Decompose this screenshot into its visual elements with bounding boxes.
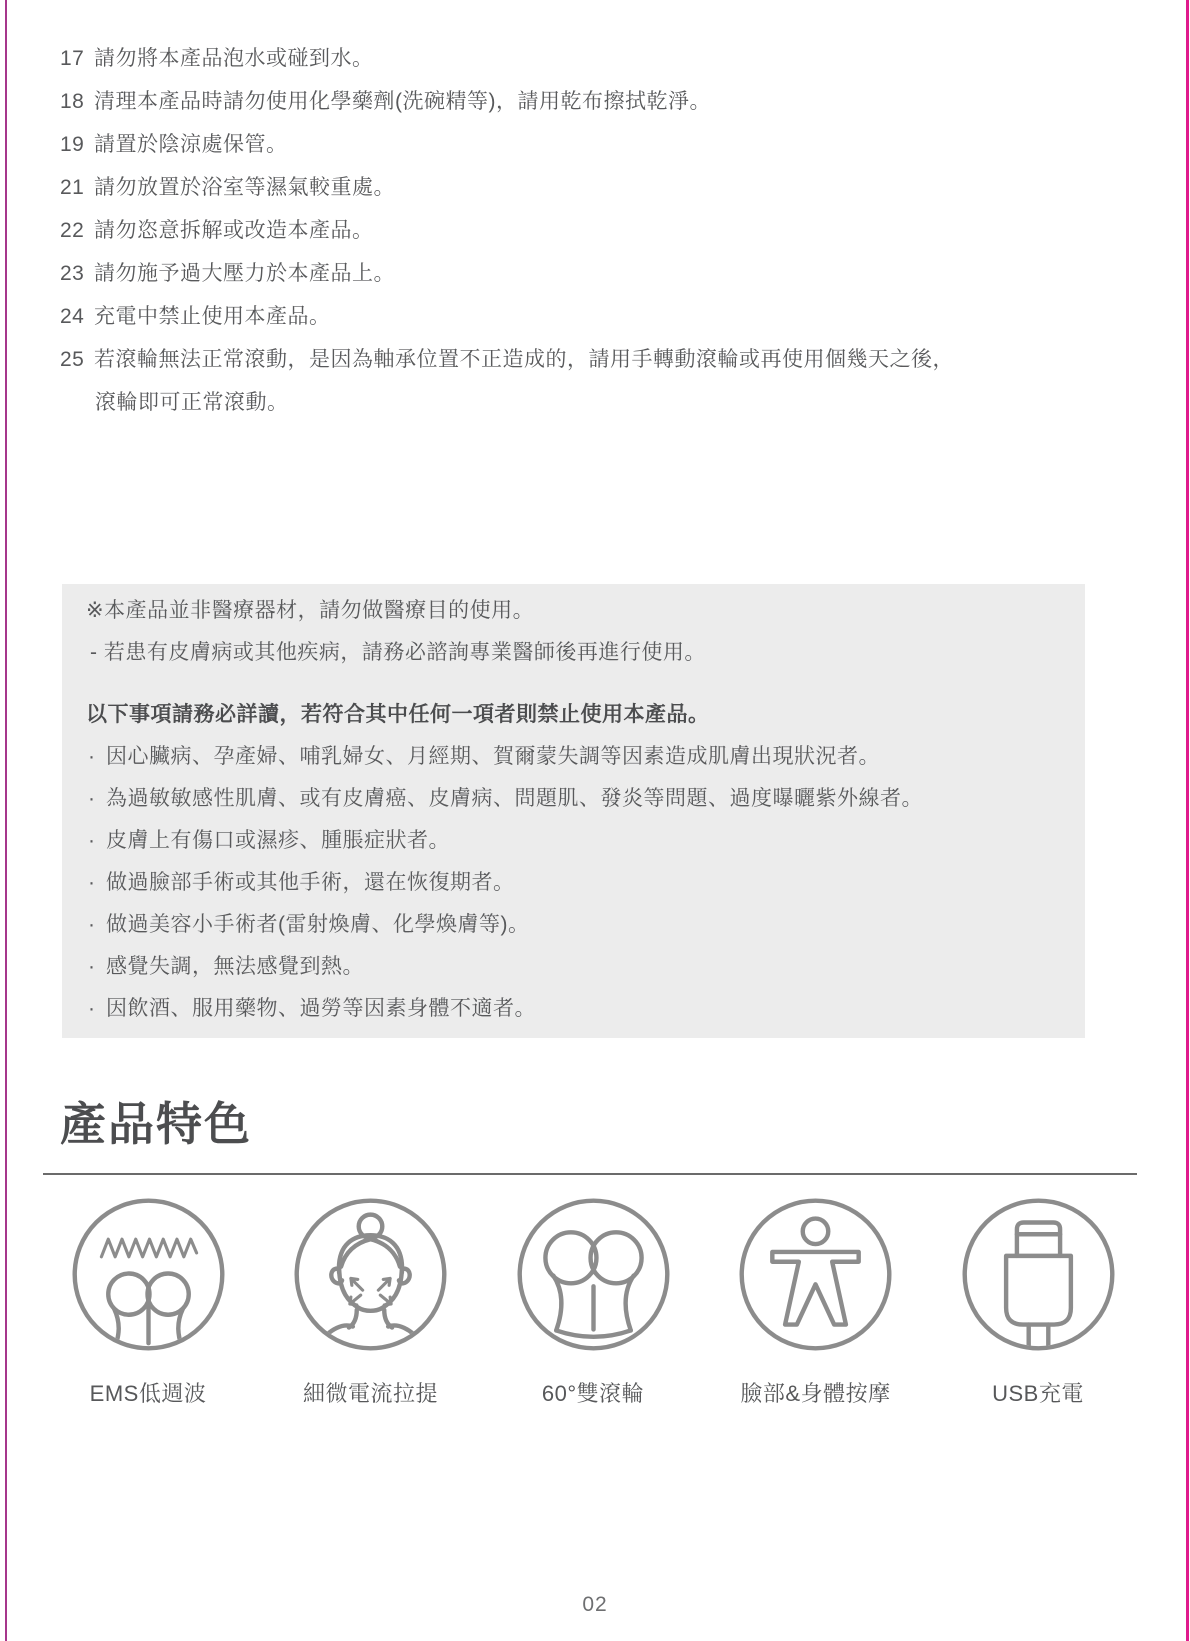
page-content: 17 請勿將本產品泡水或碰到水。 18 清理本產品時請勿使用化學藥劑(洗碗精等)… xyxy=(60,48,1135,1406)
feature-item: USB充電 xyxy=(938,1196,1138,1406)
bullet-text: 為過敏敏感性肌膚、或有皮膚癌、皮膚病、問題肌、發炎等問題、過度曝曬紫外線者。 xyxy=(106,788,923,810)
warning-item-continuation: 滾輪即可正常滾動。 xyxy=(60,392,1135,414)
notice-bullet: · 做過臉部手術或其他手術，還在恢復期者。 xyxy=(86,872,1065,894)
bullet-dot: · xyxy=(86,788,106,810)
bullet-text: 因心臟病、孕產婦、哺乳婦女、月經期、賀爾蒙失調等因素造成肌膚出現狀況者。 xyxy=(106,746,880,768)
feature-label: USB充電 xyxy=(992,1382,1084,1406)
warning-number: 25 xyxy=(60,349,86,371)
features-row: EMS低週波 xyxy=(48,1196,1138,1406)
notice-heading: 以下事項請務必詳讀，若符合其中任何一項者則禁止使用本產品。 xyxy=(86,704,1065,726)
section-divider xyxy=(43,1173,1137,1175)
page-number: 02 xyxy=(0,1593,1190,1617)
bullet-dot: · xyxy=(86,998,106,1020)
bullet-text: 感覺失調，無法感覺到熱。 xyxy=(106,956,364,978)
warning-text: 滾輪即可正常滾動。 xyxy=(95,392,289,414)
warnings-list: 17 請勿將本產品泡水或碰到水。 18 清理本產品時請勿使用化學藥劑(洗碗精等)… xyxy=(60,48,1135,414)
usb-charging-icon xyxy=(960,1196,1117,1353)
left-accent-border xyxy=(5,0,7,1641)
warning-number: 17 xyxy=(60,48,86,70)
bullet-text: 做過美容小手術者(雷射煥膚、化學煥膚等)。 xyxy=(106,914,530,936)
features-section: 產品特色 xyxy=(60,1100,1135,1406)
warning-text: 請勿放置於浴室等濕氣較重處。 xyxy=(94,177,395,199)
warning-text: 清理本產品時請勿使用化學藥劑(洗碗精等)，請用乾布擦拭乾淨。 xyxy=(94,91,711,113)
warning-number: 18 xyxy=(60,91,86,113)
feature-label: EMS低週波 xyxy=(90,1382,207,1406)
warning-text: 請勿恣意拆解或改造本產品。 xyxy=(94,220,374,242)
notice-bullet: · 為過敏敏感性肌膚、或有皮膚癌、皮膚病、問題肌、發炎等問題、過度曝曬紫外線者。 xyxy=(86,788,1065,810)
warning-text: 請置於陰涼處保管。 xyxy=(94,134,288,156)
warning-number: 19 xyxy=(60,134,86,156)
warning-text: 若滾輪無法正常滾動，是因為軸承位置不正造成的，請用手轉動滾輪或再使用個幾天之後， xyxy=(94,349,954,371)
warning-item: 21 請勿放置於浴室等濕氣較重處。 xyxy=(60,177,1135,199)
bullet-text: 做過臉部手術或其他手術，還在恢復期者。 xyxy=(106,872,515,894)
notice-box: ※本產品並非醫療器材，請勿做醫療目的使用。 - 若患有皮膚病或其他疾病，請務必諮… xyxy=(62,584,1085,1038)
notice-line: - 若患有皮膚病或其他疾病，請務必諮詢專業醫師後再進行使用。 xyxy=(86,642,1065,664)
notice-bullet: · 因飲酒、服用藥物、過勞等因素身體不適者。 xyxy=(86,998,1065,1020)
feature-label: 臉部&身體按摩 xyxy=(740,1382,890,1406)
warning-item: 23 請勿施予過大壓力於本產品上。 xyxy=(60,263,1135,285)
manual-page: 17 請勿將本產品泡水或碰到水。 18 清理本產品時請勿使用化學藥劑(洗碗精等)… xyxy=(0,0,1190,1641)
bullet-text: 因飲酒、服用藥物、過勞等因素身體不適者。 xyxy=(106,998,536,1020)
feature-label: 細微電流拉提 xyxy=(303,1382,438,1406)
bullet-dot: · xyxy=(86,956,106,978)
face-lifting-icon xyxy=(292,1196,449,1353)
right-accent-border xyxy=(1186,0,1189,1641)
ems-wave-roller-icon xyxy=(70,1196,227,1353)
bullet-dot: · xyxy=(86,914,106,936)
notice-bullet: · 因心臟病、孕產婦、哺乳婦女、月經期、賀爾蒙失調等因素造成肌膚出現狀況者。 xyxy=(86,746,1065,768)
bullet-text: 皮膚上有傷口或濕疹、腫脹症狀者。 xyxy=(106,830,450,852)
warning-item: 19 請置於陰涼處保管。 xyxy=(60,134,1135,156)
warning-item: 24 充電中禁止使用本產品。 xyxy=(60,306,1135,328)
bullet-dot: · xyxy=(86,830,106,852)
notice-bullet: · 皮膚上有傷口或濕疹、腫脹症狀者。 xyxy=(86,830,1065,852)
warning-number: 23 xyxy=(60,263,86,285)
warning-number: 21 xyxy=(60,177,86,199)
warning-text: 請勿施予過大壓力於本產品上。 xyxy=(94,263,395,285)
warning-text: 請勿將本產品泡水或碰到水。 xyxy=(94,48,374,70)
notice-bullet: · 感覺失調，無法感覺到熱。 xyxy=(86,956,1065,978)
feature-item: 60°雙滾輪 xyxy=(493,1196,693,1406)
warning-number: 22 xyxy=(60,220,86,242)
face-body-massage-icon xyxy=(737,1196,894,1353)
double-roller-icon xyxy=(515,1196,672,1353)
section-title: 產品特色 xyxy=(60,1100,1135,1148)
warning-item: 25 若滾輪無法正常滾動，是因為軸承位置不正造成的，請用手轉動滾輪或再使用個幾天… xyxy=(60,349,1135,371)
feature-item: 細微電流拉提 xyxy=(271,1196,471,1406)
feature-item: EMS低週波 xyxy=(48,1196,248,1406)
notice-line: ※本產品並非醫療器材，請勿做醫療目的使用。 xyxy=(86,600,1065,622)
bullet-dot: · xyxy=(86,746,106,768)
warning-text: 充電中禁止使用本產品。 xyxy=(94,306,331,328)
bullet-dot: · xyxy=(86,872,106,894)
warning-item: 22 請勿恣意拆解或改造本產品。 xyxy=(60,220,1135,242)
warning-item: 18 清理本產品時請勿使用化學藥劑(洗碗精等)，請用乾布擦拭乾淨。 xyxy=(60,91,1135,113)
warning-number: 24 xyxy=(60,306,86,328)
notice-bullet: · 做過美容小手術者(雷射煥膚、化學煥膚等)。 xyxy=(86,914,1065,936)
feature-item: 臉部&身體按摩 xyxy=(716,1196,916,1406)
feature-label: 60°雙滾輪 xyxy=(542,1382,644,1406)
warning-item: 17 請勿將本產品泡水或碰到水。 xyxy=(60,48,1135,70)
